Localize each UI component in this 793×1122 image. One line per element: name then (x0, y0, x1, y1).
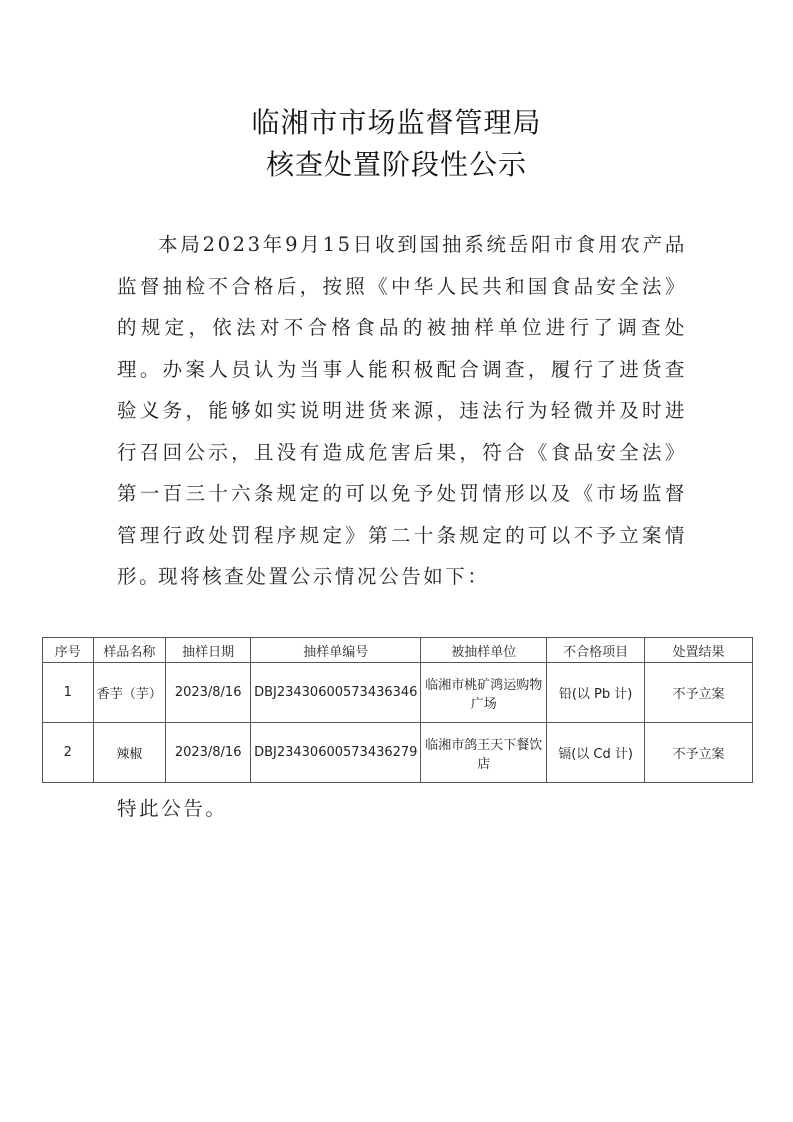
cell-item: 铅(以 Pb 计) (547, 663, 645, 723)
cell-unit: 临湘市桃矿鸿运购物广场 (421, 663, 547, 723)
header-date: 抽样日期 (166, 638, 251, 663)
cell-date: 2023/8/16 (166, 723, 251, 783)
closing-statement: 特此公告。 (117, 793, 228, 821)
table-header-row: 序号 样品名称 抽样日期 抽样单编号 被抽样单位 不合格项目 处置结果 (43, 638, 753, 663)
cell-result: 不予立案 (645, 723, 753, 783)
table-row: 2 辣椒 2023/8/16 DBJ23430600573436279 临湘市鸽… (43, 723, 753, 783)
header-no: 序号 (43, 638, 94, 663)
header-sample: 样品名称 (93, 638, 166, 663)
cell-code: DBJ23430600573436346 (251, 663, 421, 723)
table-row: 1 香芋（芋） 2023/8/16 DBJ23430600573436346 临… (43, 663, 753, 723)
header-code: 抽样单编号 (251, 638, 421, 663)
header-item: 不合格项目 (547, 638, 645, 663)
document-subtitle: 核查处置阶段性公示 (0, 143, 793, 183)
cell-unit: 临湘市鸽王天下餐饮店 (421, 723, 547, 783)
header-result: 处置结果 (645, 638, 753, 663)
header-unit: 被抽样单位 (421, 638, 547, 663)
cell-result: 不予立案 (645, 663, 753, 723)
intro-paragraph: 现将核查处置公示情况公告如下： (158, 556, 728, 598)
document-title: 临湘市市场监督管理局 (0, 101, 793, 141)
cell-item: 镉(以 Cd 计) (547, 723, 645, 783)
body-paragraph: 本局2023年9月15日收到国抽系统岳阳市食用农产品监督抽检不合格后，按照《中华… (117, 224, 687, 598)
disposal-table: 序号 样品名称 抽样日期 抽样单编号 被抽样单位 不合格项目 处置结果 1 香芋… (42, 637, 753, 783)
cell-code: DBJ23430600573436279 (251, 723, 421, 783)
cell-sample: 辣椒 (93, 723, 166, 783)
cell-date: 2023/8/16 (166, 663, 251, 723)
cell-sample: 香芋（芋） (93, 663, 166, 723)
cell-no: 2 (43, 723, 94, 783)
cell-no: 1 (43, 663, 94, 723)
